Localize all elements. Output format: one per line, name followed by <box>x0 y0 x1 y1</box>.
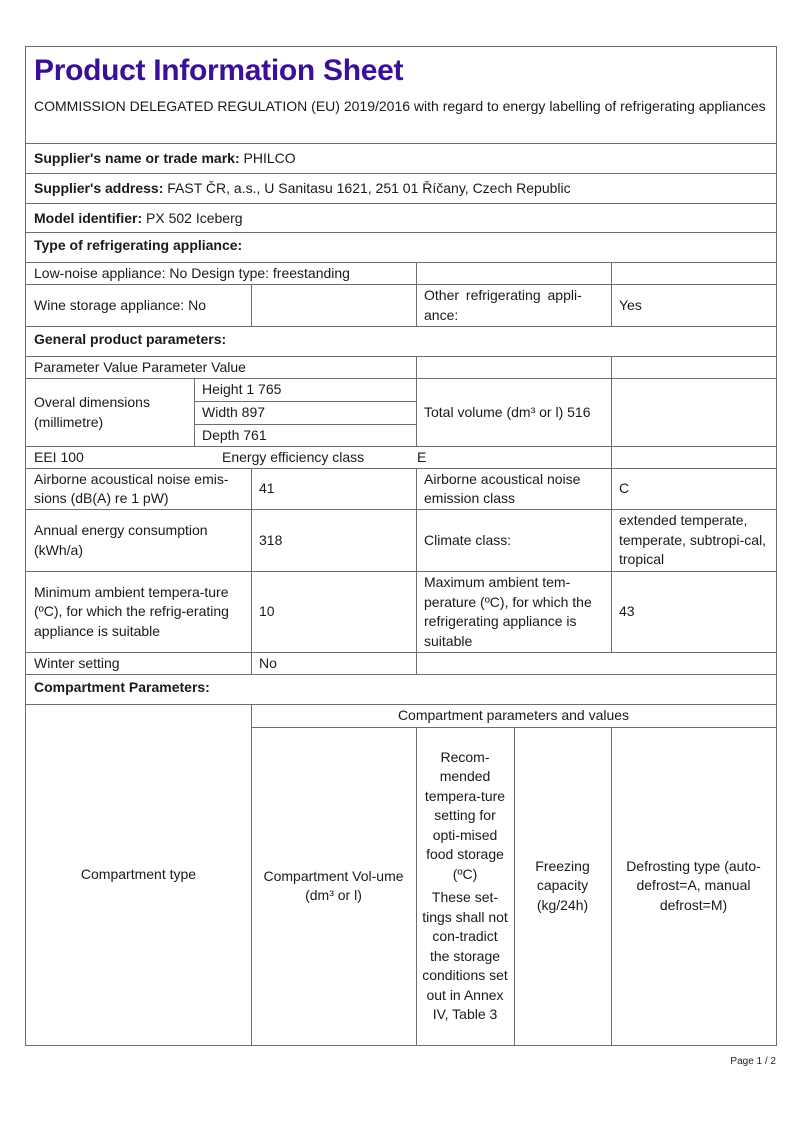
noise-class-label: Airborne acoustical noise emission class <box>416 469 611 509</box>
param-header-text: Parameter Value Parameter Value <box>26 357 416 378</box>
defrosting-type-header: Defrosting type (auto-defrost=A, manual … <box>611 727 776 1045</box>
low-noise-row: Low-noise appliance: No Design type: fre… <box>26 262 776 284</box>
type-heading: Type of refrigerating appliance: <box>34 237 242 253</box>
noise-row: Airborne acoustical noise emis-sions (dB… <box>26 468 776 509</box>
min-temp-value: 10 <box>251 572 416 652</box>
compartment-type-header: Compartment type <box>26 705 251 1045</box>
compartment-values-header: Compartment parameters and values <box>251 705 776 727</box>
general-heading: General product parameters: <box>34 331 226 347</box>
model-row: Model identifier: PX 502 Iceberg <box>26 203 776 232</box>
recommended-temp-note: These set-tings shall not con-tradict th… <box>422 888 508 1025</box>
noise-label: Airborne acoustical noise emis-sions (dB… <box>26 469 251 509</box>
max-temp-label: Maximum ambient tem-perature (ºC), for w… <box>416 572 611 652</box>
title-row: Product Information Sheet COMMISSION DEL… <box>26 47 776 143</box>
annual-row: Annual energy consumption (kWh/a) 318 Cl… <box>26 509 776 571</box>
total-volume: Total volume (dm³ or l) 516 <box>416 379 611 446</box>
annual-value: 318 <box>251 510 416 571</box>
param-header-row: Parameter Value Parameter Value <box>26 356 776 378</box>
supplier-name-label: Supplier's name or trade mark: <box>34 150 240 166</box>
model-value: PX 502 Iceberg <box>142 210 242 226</box>
min-temp-label: Minimum ambient tempera-ture (ºC), for w… <box>26 572 251 652</box>
product-information-sheet: Product Information Sheet COMMISSION DEL… <box>25 46 777 1046</box>
freezing-capacity-header: Freezing capacity (kg/24h) <box>514 727 611 1045</box>
type-heading-row: Type of refrigerating appliance: <box>26 232 776 262</box>
temperature-row: Minimum ambient tempera-ture (ºC), for w… <box>26 571 776 652</box>
other-appliance-label: Other refrigerating appli-ance: <box>416 285 611 326</box>
dimension-depth: Depth 761 <box>194 425 416 447</box>
regulation-text: COMMISSION DELEGATED REGULATION (EU) 201… <box>26 91 776 125</box>
eei-value: EEI 100 <box>26 447 216 468</box>
max-temp-value: 43 <box>611 572 776 652</box>
recommended-temp-text: Recom-mended tempera-ture setting for op… <box>422 748 508 885</box>
climate-value: extended temperate, temperate, subtropi-… <box>611 510 776 571</box>
energy-class-value: E <box>409 447 469 468</box>
supplier-name-row: Supplier's name or trade mark: PHILCO <box>26 143 776 173</box>
winter-value: No <box>251 653 416 674</box>
energy-class-label: Energy efficiency class <box>214 447 414 468</box>
recommended-temp-header: Recom-mended tempera-ture setting for op… <box>416 727 514 1045</box>
supplier-address-value: FAST ČR, a.s., U Sanitasu 1621, 251 01 Ř… <box>163 180 570 196</box>
dimensions-label: Overal dimensions (millimetre) <box>26 379 194 446</box>
supplier-address-row: Supplier's address: FAST ČR, a.s., U San… <box>26 173 776 203</box>
compartment-header-row: Compartment parameters and values Compar… <box>26 704 776 1045</box>
page-title: Product Information Sheet <box>26 47 776 91</box>
page-number: Page 1 / 2 <box>730 1056 776 1067</box>
winter-row: Winter setting No <box>26 652 776 674</box>
other-appliance-value: Yes <box>611 285 776 326</box>
climate-label: Climate class: <box>416 510 611 571</box>
compartment-volume-header: Compartment Vol-ume (dm³ or l) <box>251 727 416 1045</box>
compartment-heading-row: Compartment Parameters: <box>26 674 776 704</box>
wine-storage-row: Wine storage appliance: No Other refrige… <box>26 284 776 326</box>
noise-value: 41 <box>251 469 416 509</box>
low-noise-text: Low-noise appliance: No Design type: fre… <box>26 263 416 284</box>
compartment-heading: Compartment Parameters: <box>34 679 210 695</box>
wine-storage-text: Wine storage appliance: No <box>26 285 251 326</box>
eei-row: EEI 100 Energy efficiency class E <box>26 446 776 468</box>
model-label: Model identifier: <box>34 210 142 226</box>
winter-label: Winter setting <box>26 653 251 674</box>
noise-class-value: C <box>611 469 776 509</box>
general-heading-row: General product parameters: <box>26 326 776 356</box>
dimension-width: Width 897 <box>194 402 416 424</box>
dimensions-row: Overal dimensions (millimetre) Height 1 … <box>26 378 776 446</box>
supplier-name-value: PHILCO <box>240 150 296 166</box>
dimension-height: Height 1 765 <box>194 379 416 401</box>
supplier-address-label: Supplier's address: <box>34 180 163 196</box>
annual-label: Annual energy consumption (kWh/a) <box>26 510 251 571</box>
